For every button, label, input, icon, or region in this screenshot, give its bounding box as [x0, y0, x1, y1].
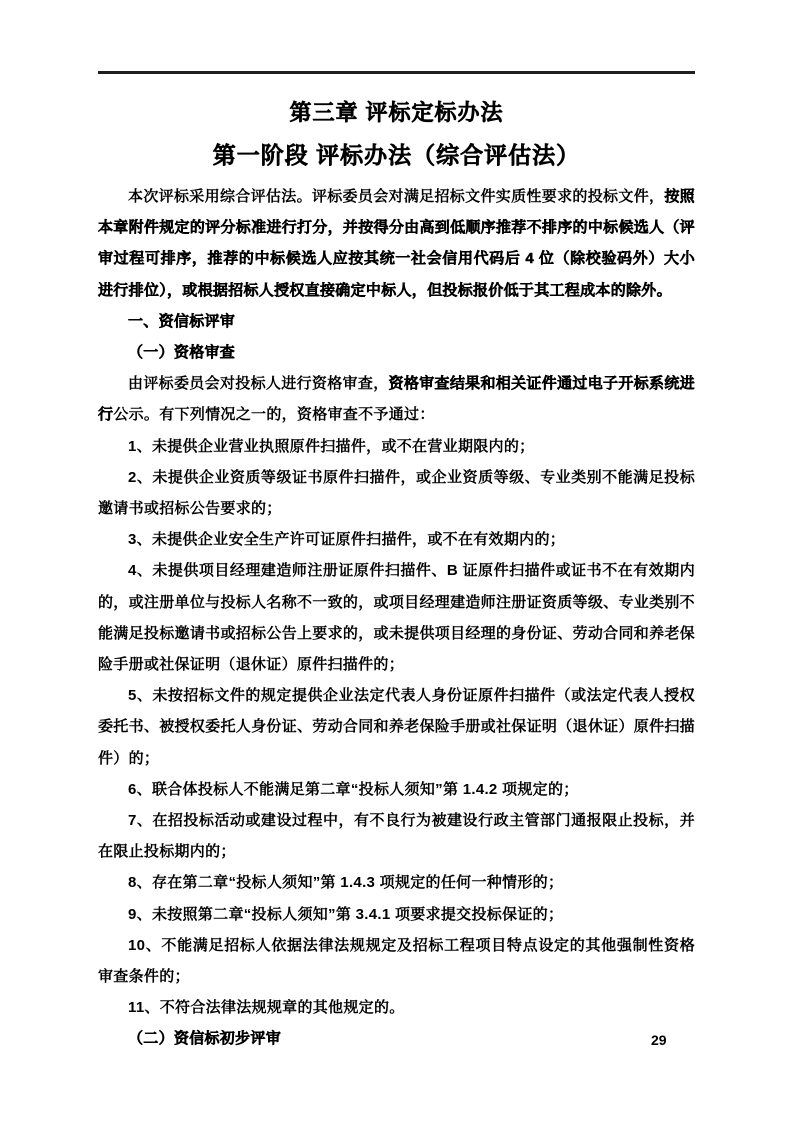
chapter-title: 第三章 评标定标办法 [0, 100, 793, 126]
list-item-1: 1、未提供企业营业执照原件扫描件，或不在营业期限内的； [98, 431, 695, 462]
text-run: 8、存在第二章“投标人须知”第 1.4.3 项规定的任何一种情形的； [128, 874, 563, 891]
list-item-3: 3、未提供企业安全生产许可证原件扫描件，或不在有效期内的； [98, 524, 695, 555]
intro-paragraph: 本次评标采用综合评估法。评标委员会对满足招标文件实质性要求的投标文件，按照本章附… [98, 181, 695, 306]
text-run: 1、未提供企业营业执照原件扫描件，或不在营业期限内的； [128, 438, 534, 455]
list-item-2: 2、未提供企业资质等级证书原件扫描件，或企业资质等级、专业类别不能满足投标邀请书… [98, 462, 695, 524]
text-run: 2、未提供企业资质等级证书原件扫描件，或企业资质等级、专业类别不能满足投标邀请书… [98, 469, 695, 517]
list-item-5: 5、未按招标文件的规定提供企业法定代表人身份证原件扫描件（或法定代表人授权委托书… [98, 680, 695, 774]
text-run: 10、不能满足招标人依据法律法规规定及招标工程项目特点设定的其他强制性资格审查条… [98, 937, 695, 985]
qualification-review-paragraph: 由评标委员会对投标人进行资格审查，资格审查结果和相关证件通过电子开标系统进行公示… [98, 368, 695, 430]
text-run: 5、未按招标文件的规定提供企业法定代表人身份证原件扫描件（或法定代表人授权委托书… [98, 687, 695, 766]
header-rule [98, 71, 695, 74]
list-item-9: 9、未按照第二章“投标人须知”第 3.4.1 项要求提交投标保证的； [98, 899, 695, 930]
list-item-11: 11、不符合法律法规规章的其他规定的。 [98, 992, 695, 1023]
list-item-4: 4、未提供项目经理建造师注册证原件扫描件、B 证原件扫描件或证书不在有效期内的，… [98, 555, 695, 680]
text-run: 一、资信标评审 [128, 313, 235, 330]
text-run: 9、未按照第二章“投标人须知”第 3.4.1 项要求提交投标保证的； [128, 906, 563, 923]
subsection-heading-qualification-review: （一）资格审查 [98, 337, 695, 368]
document-page: 第三章 评标定标办法 第一阶段 评标办法（综合评估法） 本次评标采用综合评估法。… [0, 0, 793, 1121]
text-run: （一）资格审查 [128, 344, 235, 361]
text-run: 由评标委员会对投标人进行资格审查， [128, 375, 389, 392]
text-run: 3、未提供企业安全生产许可证原件扫描件，或不在有效期内的； [128, 531, 565, 548]
text-run: 11、不符合法律法规规章的其他规定的。 [128, 999, 405, 1016]
text-run: 6、联合体投标人不能满足第二章“投标人须知”第 1.4.2 项规定的； [128, 781, 579, 798]
stage-title: 第一阶段 评标办法（综合评估法） [0, 142, 793, 169]
title-block: 第三章 评标定标办法 第一阶段 评标办法（综合评估法） [0, 100, 793, 169]
subsection-heading-credit-preliminary-review: （二）资信标初步评审 [98, 1023, 695, 1054]
text-run: 7、在招投标活动或建设过程中，有不良行为被建设行政主管部门通报限止投标，并在限止… [98, 812, 695, 860]
text-run: （二）资信标初步评审 [128, 1030, 281, 1047]
list-item-10: 10、不能满足招标人依据法律法规规定及招标工程项目特点设定的其他强制性资格审查条… [98, 930, 695, 992]
page-number: 29 [651, 1031, 667, 1049]
list-item-6: 6、联合体投标人不能满足第二章“投标人须知”第 1.4.2 项规定的； [98, 774, 695, 805]
text-run: 本次评标采用综合评估法。评标委员会对满足招标文件实质性要求的投标文件， [128, 188, 664, 205]
text-run: 公示。有下列情况之一的，资格审查不予通过： [113, 406, 434, 423]
text-run: 4、未提供项目经理建造师注册证原件扫描件、B 证原件扫描件或证书不在有效期内的，… [98, 562, 695, 673]
document-body: 本次评标采用综合评估法。评标委员会对满足招标文件实质性要求的投标文件，按照本章附… [98, 181, 695, 1055]
section-heading-credit-evaluation: 一、资信标评审 [98, 306, 695, 337]
list-item-8: 8、存在第二章“投标人须知”第 1.4.3 项规定的任何一种情形的； [98, 867, 695, 898]
list-item-7: 7、在招投标活动或建设过程中，有不良行为被建设行政主管部门通报限止投标，并在限止… [98, 805, 695, 867]
